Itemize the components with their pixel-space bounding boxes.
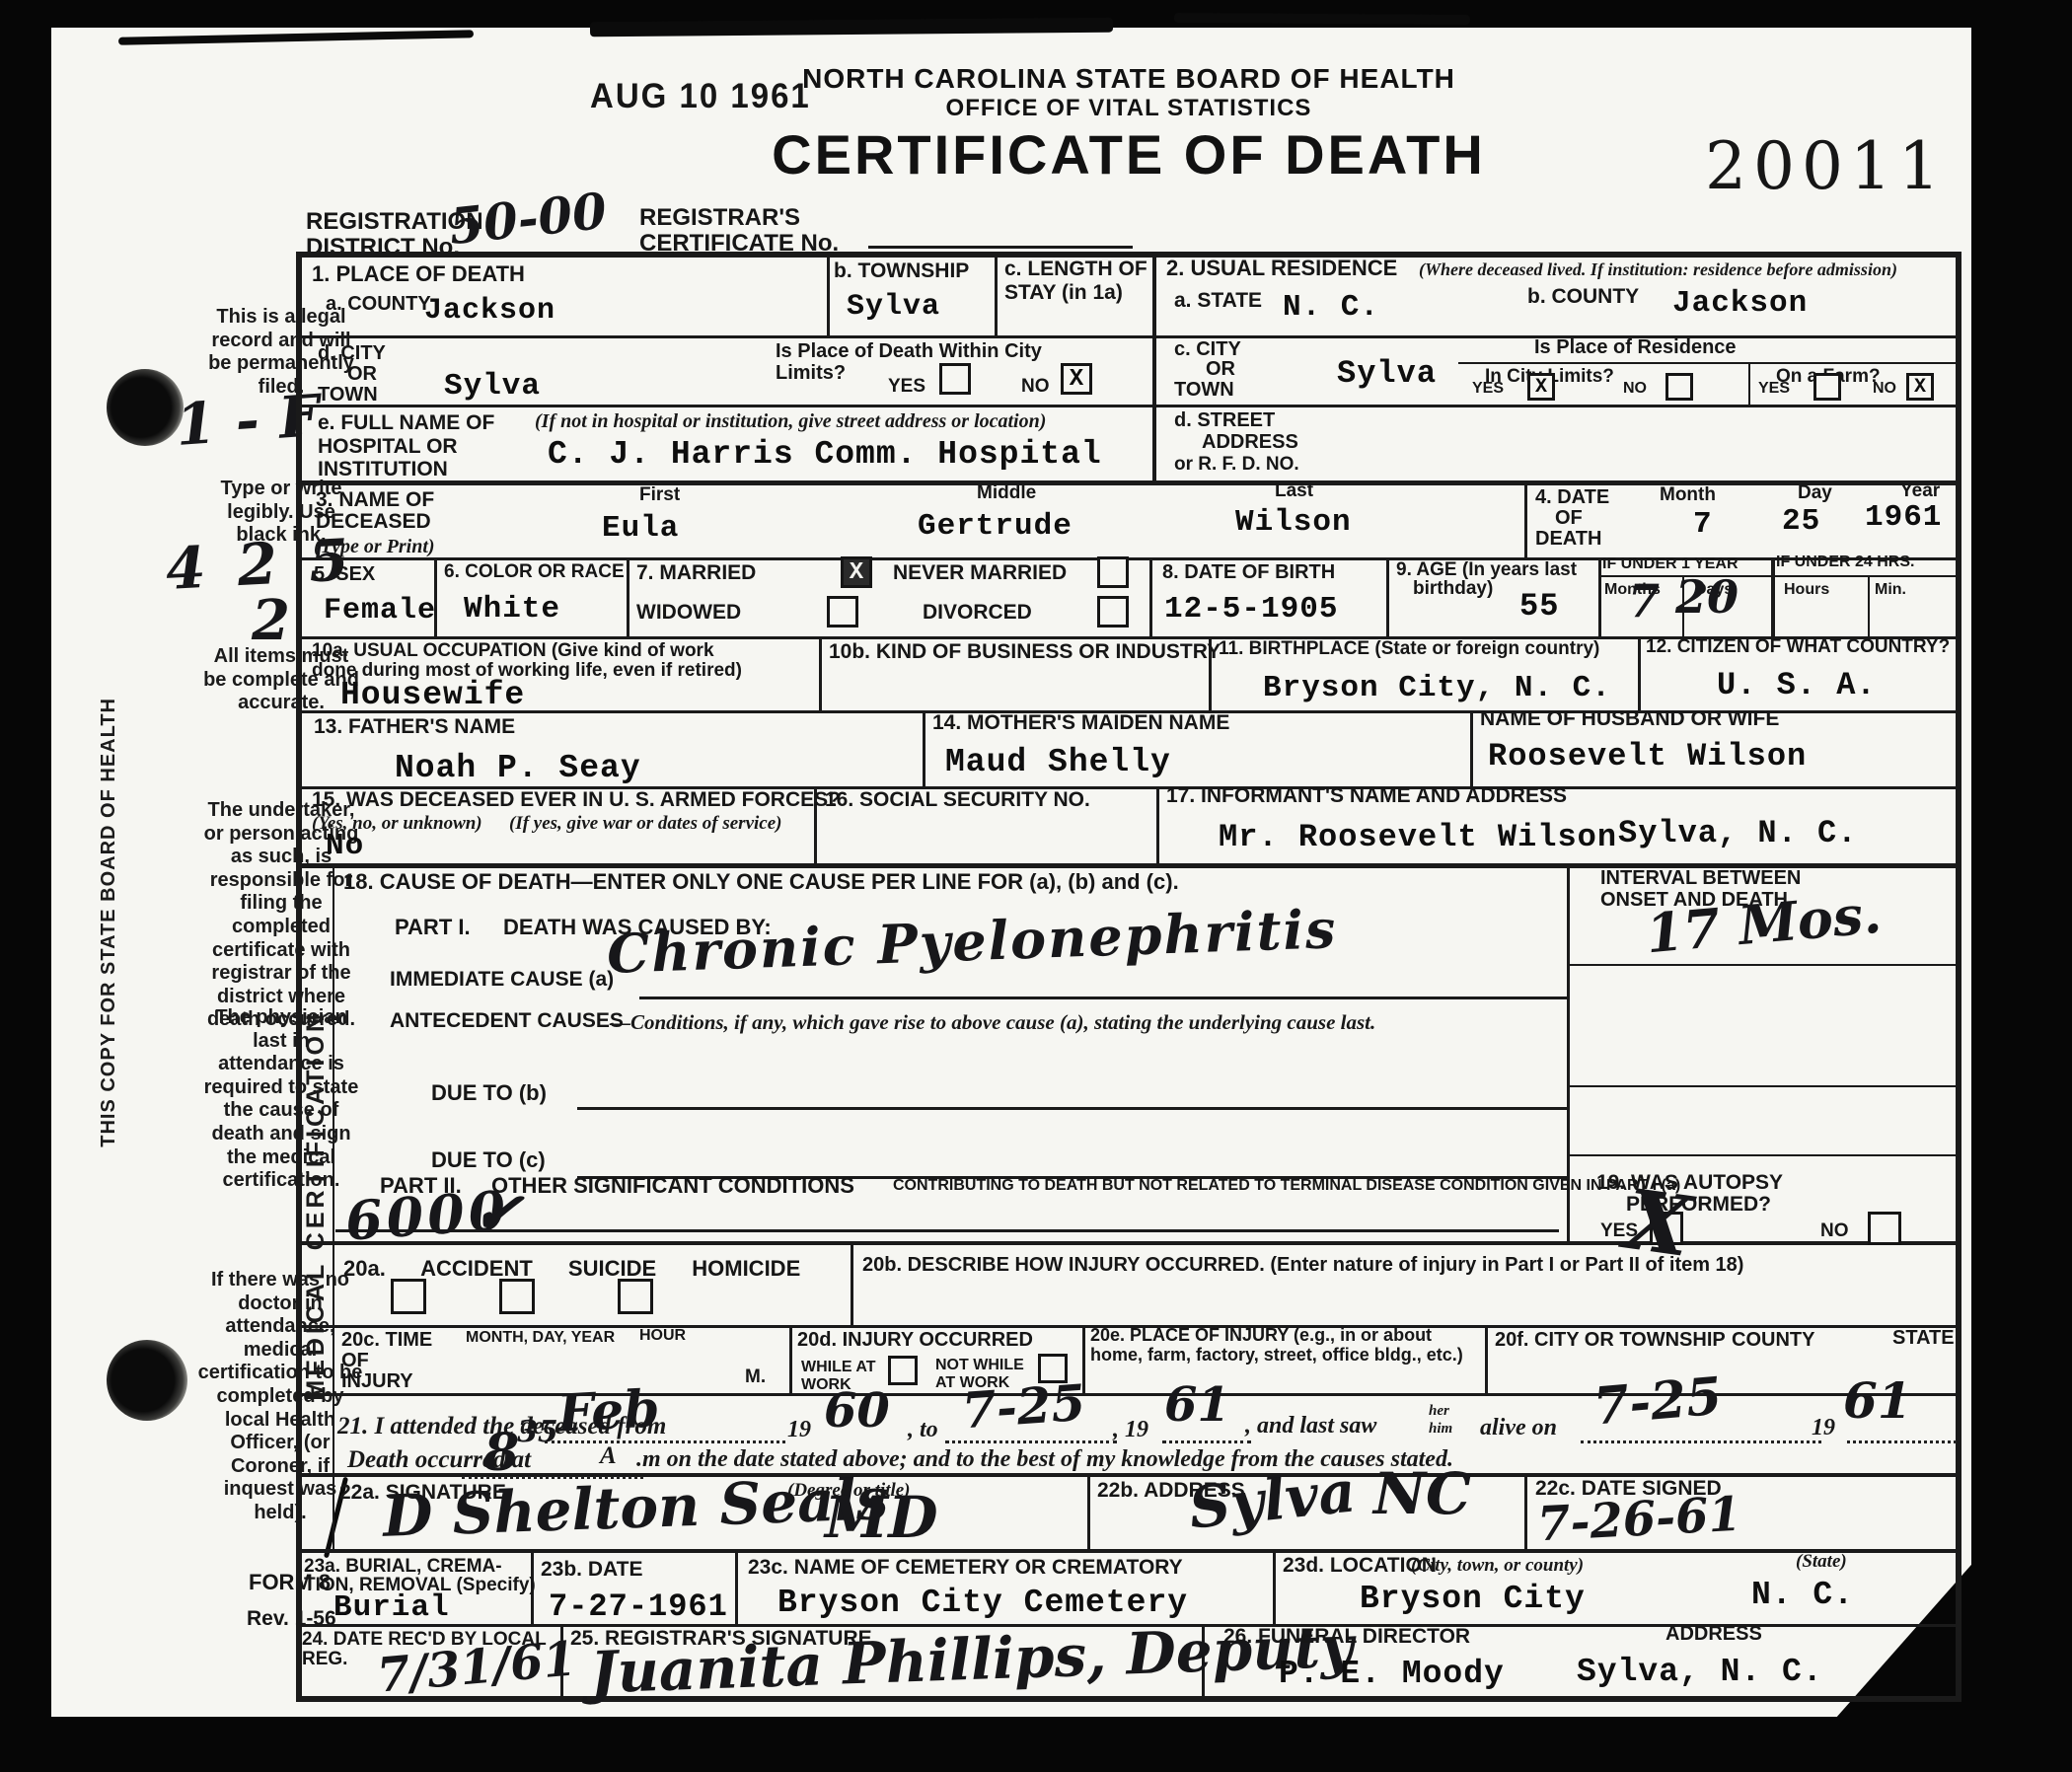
hole-punch [107, 369, 184, 446]
suicide-checkbox [499, 1279, 535, 1314]
scan-smudge [1174, 13, 1470, 25]
city-label3: TOWN [318, 385, 378, 406]
rule [1847, 1440, 1957, 1443]
margin-note-physician: The physician last in attendance is requ… [202, 1006, 360, 1193]
rule [1956, 252, 1961, 1702]
rule [945, 1440, 1117, 1443]
injury-occurred-label: 20d. INJURY OCCURRED [797, 1330, 1033, 1351]
hospital-label3: INSTITUTION [318, 459, 448, 480]
autopsy-no-label: NO [1820, 1221, 1849, 1241]
armed-forces-value: No [326, 829, 364, 863]
rule [851, 1241, 853, 1325]
rule [1162, 1440, 1251, 1443]
citizen-value: U. S. A. [1717, 667, 1877, 703]
death-limits-no-checkbox: X [1061, 363, 1092, 395]
age-label2: birthday) [1413, 579, 1493, 599]
time-of-injury-label2: OF [341, 1351, 369, 1371]
margin-handwriting-2: 2 [252, 588, 290, 653]
residence-county-value: Jackson [1672, 286, 1808, 321]
usual-residence-title: 2. USUAL RESIDENCE [1166, 257, 1397, 279]
type-or-print-note: (Type or Print) [314, 536, 435, 558]
first-name-value: Eula [602, 511, 679, 546]
due-to-b-label: DUE TO (b) [431, 1081, 547, 1104]
street-address-label3: or R. F. D. NO. [1174, 455, 1299, 475]
org-title: NORTH CAROLINA STATE BOARD OF HEALTH [296, 63, 1961, 95]
armed-forces-label: 15. WAS DECEASED EVER IN U. S. ARMED FOR… [312, 789, 841, 811]
rule [639, 997, 1567, 999]
year-prefix-2: , 19 [1113, 1417, 1148, 1443]
not-while-at-work-label: NOT WHILE [935, 1358, 1024, 1374]
death-time-value: 8 [483, 1423, 519, 1483]
rule [868, 246, 1133, 249]
rule [995, 252, 998, 335]
location-state-note: (State) [1796, 1551, 1847, 1573]
residence-city-value: Sylva [1337, 355, 1437, 392]
death-city-limits-question: Is Place of Death Within City [776, 341, 1042, 362]
residence-county-label: b. COUNTY [1527, 286, 1639, 308]
medical-certification-strip: MEDICAL CERTIFICATION [298, 865, 333, 1546]
rule [1470, 710, 1473, 786]
rule [1156, 786, 1159, 863]
widowed-label: WIDOWED [636, 602, 741, 624]
signature-address-state: NC [1373, 1460, 1471, 1527]
last-saw-date: 7-25 [1591, 1366, 1725, 1437]
antecedent-label: ANTECEDENT CAUSES [390, 1010, 624, 1032]
antecedent-note: —Conditions, if any, which gave rise to … [610, 1010, 1375, 1035]
middle-name-label: Middle [977, 483, 1036, 503]
hour-label: HOUR [639, 1328, 686, 1345]
her-label: her [1429, 1403, 1449, 1420]
rule [735, 1549, 738, 1624]
last-saw-label: , and last saw [1245, 1413, 1376, 1440]
location-city-value: Bryson City [1360, 1581, 1586, 1617]
birthplace-label: 11. BIRTHPLACE (State or foreign country… [1219, 639, 1599, 659]
rule [1570, 1154, 1959, 1156]
usual-residence-note: (Where deceased lived. If institution: r… [1419, 259, 1897, 280]
rule [923, 710, 925, 786]
informant-label: 17. INFORMANT'S NAME AND ADDRESS [1166, 785, 1567, 807]
rule [1152, 252, 1156, 483]
rule [296, 1549, 1959, 1553]
describe-injury-label: 20b. DESCRIBE HOW INJURY OCCURRED. (Ente… [862, 1255, 1743, 1276]
farm-yes-checkbox [1813, 373, 1841, 401]
death-limits-yes-checkbox [939, 363, 971, 395]
rule [1386, 557, 1389, 636]
date-of-death-label2: OF [1555, 508, 1583, 529]
farm-no-checkbox: X [1906, 373, 1934, 401]
min-label: Min. [1875, 582, 1906, 599]
city-value: Sylva [444, 369, 541, 404]
rule [1581, 1440, 1821, 1443]
homicide-checkbox [618, 1279, 653, 1314]
rule [296, 1241, 1959, 1245]
funeral-address-label: ADDRESS [1665, 1624, 1762, 1645]
day-label: Day [1798, 483, 1832, 503]
death-time-minutes: 35 [517, 1415, 558, 1449]
to-label: , to [908, 1417, 938, 1443]
sex-value: Female [324, 594, 436, 628]
meridian-label: M. [745, 1367, 766, 1387]
attended-to-date: 7-25 [960, 1373, 1087, 1440]
rule [577, 1107, 1567, 1110]
month-value: 7 [1693, 507, 1713, 542]
month-label: Month [1660, 485, 1716, 505]
occupation-label: 10a. USUAL OCCUPATION (Give kind of work [312, 641, 714, 661]
industry-label: 10b. KIND OF BUSINESS OR INDUSTRY [829, 641, 1221, 663]
hospital-note: (If not in hospital or institution, give… [535, 410, 1046, 433]
sex-label: 5. SEX [314, 564, 375, 585]
place-of-injury-label: 20e. PLACE OF INJURY (e.g., in or about [1090, 1326, 1432, 1345]
burial-value: Burial [333, 1590, 450, 1625]
married-checkbox: X [841, 556, 872, 588]
street-address-label: d. STREET [1174, 410, 1275, 431]
father-name-label: 13. FATHER'S NAME [314, 716, 515, 738]
rule [1748, 362, 1750, 405]
married-label: 7. MARRIED [636, 562, 756, 584]
rule [1458, 362, 1959, 364]
funeral-address-value: Sylva, N. C. [1577, 1654, 1823, 1690]
race-label: 6. COLOR OR RACE [444, 562, 625, 582]
name-of-deceased-label2: DECEASED [316, 511, 431, 533]
rule [819, 636, 822, 710]
father-name-value: Noah P. Seay [395, 750, 641, 786]
year-prefix-3: 19 [1812, 1415, 1835, 1441]
middle-name-value: Gertrude [918, 509, 1073, 544]
year-prefix-1: 19 [787, 1417, 811, 1443]
informant-name-value: Mr. Roosevelt Wilson [1219, 819, 1617, 855]
month-day-year-label: MONTH, DAY, YEAR [466, 1330, 615, 1347]
date-of-birth-value: 12-5-1905 [1164, 592, 1338, 627]
place-of-death-title: 1. PLACE OF DEATH [312, 262, 525, 285]
accident-suicide-homicide-label: 20a. ACCIDENT SUICIDE HOMICIDE [343, 1257, 800, 1280]
office-subtitle: OFFICE OF VITAL STATISTICS [296, 95, 1961, 122]
place-of-residence-label: Is Place of Residence [1534, 337, 1737, 358]
date-of-birth-label: 8. DATE OF BIRTH [1162, 562, 1335, 583]
rule [296, 405, 1959, 407]
place-of-injury-label2: home, farm, factory, street, office bldg… [1090, 1346, 1463, 1365]
race-value: White [464, 592, 560, 627]
hours-label: Hours [1784, 582, 1829, 599]
burial-date-label: 23b. DATE [541, 1559, 642, 1581]
margin-vertical-text: THIS COPY FOR STATE BOARD OF HEALTH [91, 725, 126, 1120]
date-signed-value: 7-26-61 [1536, 1487, 1742, 1553]
him-label: him [1429, 1421, 1452, 1438]
cemetery-value: Bryson City Cemetery [777, 1585, 1188, 1621]
rule [1149, 557, 1152, 636]
part2-conditions-note: CONTRIBUTING TO DEATH BUT NOT RELATED TO… [893, 1178, 1680, 1195]
rule [1087, 1473, 1090, 1549]
rule [296, 1696, 1961, 1702]
length-of-stay-label2: STAY (in 1a) [1004, 282, 1123, 304]
checkmark: ✓ [468, 1173, 526, 1250]
rule [789, 1325, 792, 1393]
day-value: 25 [1782, 504, 1820, 539]
age-label: 9. AGE (In years last [1396, 560, 1577, 580]
alive-on-label: alive on [1480, 1415, 1557, 1441]
length-of-stay-label: c. LENGTH OF [1004, 258, 1147, 280]
attended-from-year: 60 [824, 1383, 890, 1439]
hospital-value: C. J. Harris Comm. Hospital [548, 436, 1102, 473]
widowed-checkbox [827, 596, 858, 628]
spouse-name-value: Roosevelt Wilson [1488, 738, 1807, 775]
residence-city-label3: TOWN [1174, 380, 1234, 401]
divorced-label: DIVORCED [923, 602, 1032, 624]
mother-name-value: Maud Shelly [945, 744, 1171, 780]
burial-date-value: 7-27-1961 [549, 1588, 728, 1625]
rule [1524, 480, 1527, 557]
last-saw-year: 61 [1843, 1371, 1912, 1430]
residence-state-label: a. STATE [1174, 290, 1262, 312]
county-label: a. COUNTY [326, 294, 431, 315]
hole-punch [107, 1340, 187, 1421]
part1-label: PART I. [395, 916, 471, 938]
city-label: d. CITY [318, 343, 386, 364]
armed-forces-note2: (If yes, give war or dates of service) [509, 813, 781, 835]
death-city-limits-question2: Limits? [776, 363, 846, 384]
last-name-value: Wilson [1235, 505, 1352, 540]
degree-value: MD [825, 1484, 938, 1551]
hospital-label: e. FULL NAME OF [318, 412, 494, 434]
burial-label: 23a. BURIAL, CREMA- [304, 1557, 502, 1577]
months-value: 7 [1628, 574, 1660, 628]
injury-city-label: 20f. CITY OR TOWNSHIP [1495, 1330, 1726, 1351]
time-of-injury-label3: INJURY [341, 1371, 413, 1392]
registrar-certificate-label: REGISTRAR'S [639, 205, 800, 230]
citizen-label: 12. CITIZEN OF WHAT COUNTRY? [1646, 637, 1950, 657]
residence-state-value: N. C. [1283, 290, 1379, 325]
due-to-c-label: DUE TO (c) [431, 1148, 546, 1171]
city-label2: OR [347, 364, 377, 385]
rule [1638, 636, 1641, 710]
location-note: (City, town, or county) [1411, 1555, 1584, 1577]
scanned-death-certificate: This is a legal record and will be perma… [0, 0, 2072, 1772]
location-state-value: N. C. [1751, 1577, 1854, 1613]
in-city-no-checkbox [1665, 373, 1693, 401]
rule [1570, 964, 1959, 966]
township-value: Sylva [847, 290, 940, 324]
certificate-number: 20011 [1705, 132, 1947, 200]
part2-conditions-label: OTHER SIGNIFICANT CONDITIONS [491, 1174, 854, 1197]
days-value: 20 [1675, 570, 1739, 624]
cause-of-death-header: 18. CAUSE OF DEATH—ENTER ONLY ONE CAUSE … [343, 870, 1179, 893]
hospital-label2: HOSPITAL OR [318, 436, 458, 458]
rule [1570, 1085, 1959, 1087]
birthplace-value: Bryson City, N. C. [1263, 671, 1611, 705]
township-label: b. TOWNSHIP [834, 260, 969, 282]
date-of-death-label3: DEATH [1535, 529, 1601, 550]
funeral-director-value: P. E. Moody [1279, 1656, 1505, 1692]
if-under-24hrs-label: IF UNDER 24 HRS. [1776, 554, 1914, 571]
in-city-no-label: NO [1623, 381, 1647, 398]
divorced-checkbox [1097, 596, 1129, 628]
injury-state-label: STATE [1892, 1328, 1955, 1349]
funeral-director-label: 26. FUNERAL DIRECTOR [1223, 1626, 1470, 1648]
occupation-value: Housewife [340, 677, 525, 713]
while-at-work-checkbox [888, 1356, 918, 1385]
county-value: Jackson [424, 294, 555, 328]
farm-no-label: NO [1873, 381, 1896, 398]
date-of-death-label: 4. DATE [1535, 487, 1609, 508]
first-name-label: First [639, 485, 680, 505]
autopsy-no-checkbox [1868, 1212, 1901, 1245]
year-value: 1961 [1865, 500, 1942, 535]
rule [1273, 1549, 1276, 1624]
time-of-injury-label: 20c. TIME [341, 1330, 432, 1351]
never-married-checkbox [1097, 556, 1129, 588]
farm-yes-label: YES [1758, 381, 1790, 398]
rule [1598, 557, 1601, 636]
attended-to-year: 61 [1164, 1377, 1230, 1433]
residence-city-label: c. CITY [1174, 339, 1241, 360]
street-address-label2: ADDRESS [1202, 432, 1298, 453]
margin-note-no-doctor: If there was no doctor in attendance, me… [197, 1269, 363, 1525]
rule [827, 252, 830, 335]
residence-city-label2: OR [1206, 359, 1235, 380]
name-of-deceased-label: 3. NAME OF [316, 489, 434, 511]
immediate-cause-label: IMMEDIATE CAUSE (a) [390, 969, 614, 991]
death-limits-yes-label: YES [888, 377, 925, 397]
death-limits-no-label: NO [1021, 377, 1050, 397]
ssn-label: 16. SOCIAL SECURITY NO. [825, 789, 1090, 811]
informant-address-value: Sylva, N. C. [1618, 815, 1857, 851]
attended-from-value: Feb [555, 1378, 661, 1443]
date-received-label2: REG. [302, 1650, 347, 1669]
rule [1771, 557, 1775, 636]
cemetery-label: 23c. NAME OF CEMETERY OR CREMATORY [748, 1557, 1183, 1579]
while-at-work-label: WHILE AT [801, 1360, 876, 1376]
mother-name-label: 14. MOTHER'S MAIDEN NAME [932, 712, 1229, 734]
injury-county-label: COUNTY [1732, 1330, 1814, 1351]
spouse-name-label: NAME OF HUSBAND OR WIFE [1480, 708, 1779, 730]
interval-label: INTERVAL BETWEEN [1600, 868, 1801, 889]
rule [627, 557, 629, 636]
in-city-yes-label: YES [1472, 381, 1504, 398]
am-label: A [600, 1442, 617, 1470]
rule [1524, 1473, 1527, 1549]
in-city-yes-checkbox: X [1527, 373, 1555, 401]
rule [1868, 575, 1870, 636]
never-married-label: NEVER MARRIED [893, 562, 1067, 584]
rule [1485, 1325, 1488, 1393]
last-name-label: Last [1275, 481, 1313, 501]
accident-checkbox [391, 1279, 426, 1314]
age-value: 55 [1519, 588, 1559, 625]
year-label: Year [1900, 481, 1940, 501]
